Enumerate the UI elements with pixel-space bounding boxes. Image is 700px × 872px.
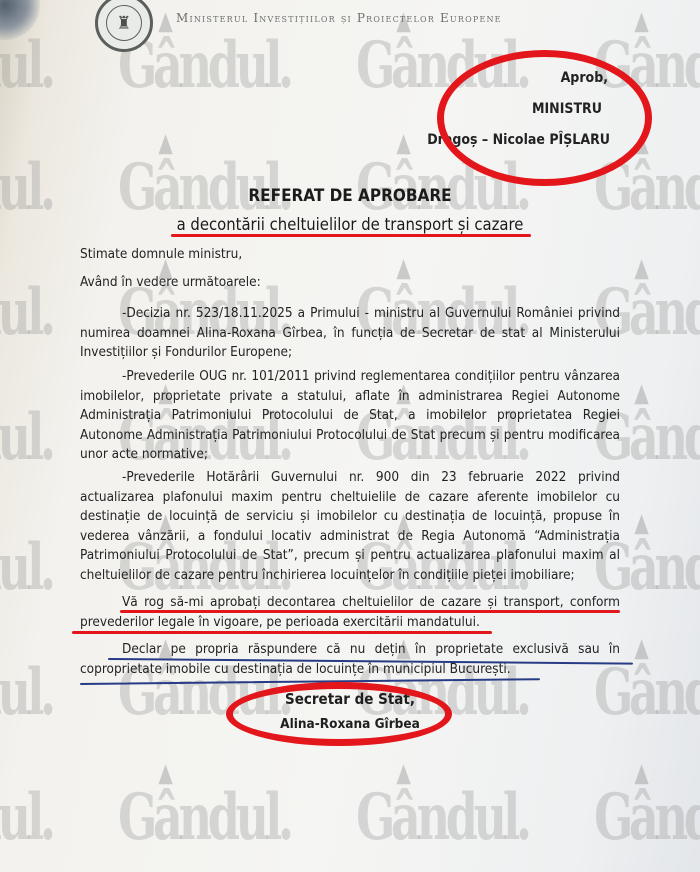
watermark-figure-icon: ▲ — [634, 378, 644, 408]
approval-role: MINISTRU — [532, 101, 602, 117]
watermark-figure-icon: ▲ — [158, 128, 168, 158]
watermark-figure-icon: ▲ — [634, 6, 644, 36]
approval-name: Dragoș – Nicolae PÎȘLARU — [427, 132, 610, 148]
paragraph-hg: -Prevederile Hotărârii Guvernului nr. 90… — [80, 468, 620, 585]
watermark-logo: Gândul.▲ — [356, 780, 507, 850]
watermark-figure-icon: ▲ — [396, 128, 406, 158]
signature-name: Alina-Roxana Gîrbea — [0, 716, 700, 732]
eagle-icon: ♜ — [106, 5, 142, 41]
watermark-logo: Gândul.▲ — [356, 150, 507, 220]
intro-text: Având în vedere următoarele: — [80, 274, 261, 290]
watermark-logo: Gândul.▲ — [0, 150, 31, 220]
government-seal-icon: ♜ — [95, 0, 153, 52]
watermark-logo: Gândul.▲ — [0, 400, 31, 470]
watermark-figure-icon: ▲ — [396, 253, 406, 283]
watermark-logo: Gândul.▲ — [594, 780, 700, 850]
red-underline-request-2 — [72, 631, 492, 634]
watermark-logo: Gândul.▲ — [118, 150, 269, 220]
watermark-logo: Gândul.▲ — [118, 780, 269, 850]
paragraph-oug: -Prevederile OUG nr. 101/2011 privind re… — [80, 367, 620, 465]
watermark-logo: Gândul.▲ — [0, 780, 31, 850]
watermark-logo: Gândul.▲ — [0, 530, 31, 600]
watermark-figure-icon: ▲ — [634, 508, 644, 538]
watermark-figure-icon: ▲ — [634, 253, 644, 283]
watermark-logo: Gândul.▲ — [356, 28, 507, 98]
document-subtitle: a decontării cheltuielilor de transport … — [0, 215, 700, 234]
signature-role: Secretar de Stat, — [0, 690, 700, 708]
red-circle-annotation-approval — [437, 50, 652, 186]
salutation: Stimate domnule ministru, — [80, 246, 242, 262]
red-underline-subtitle — [171, 234, 531, 237]
watermark-logo: Gândul.▲ — [0, 275, 31, 345]
watermark-logo: Gândul.▲ — [594, 28, 700, 98]
watermark-row: Gândul.▲Gândul.▲Gândul.▲Gândul.▲ — [0, 780, 700, 850]
approval-label: Aprob, — [561, 70, 608, 86]
document-page: Gândul.▲Gândul.▲Gândul.▲Gândul.▲Gândul.▲… — [0, 0, 700, 872]
watermark-figure-icon: ▲ — [634, 758, 644, 788]
watermark-figure-icon: ▲ — [158, 6, 168, 36]
watermark-figure-icon: ▲ — [634, 633, 644, 663]
pen-underline-declaration-2 — [80, 678, 540, 685]
photo-shadow — [0, 0, 40, 40]
red-underline-request-1 — [120, 610, 620, 613]
watermark-row: Gândul.▲Gândul.▲Gândul.▲Gândul.▲ — [0, 150, 700, 220]
watermark-figure-icon: ▲ — [158, 758, 168, 788]
watermark-figure-icon: ▲ — [634, 128, 644, 158]
watermark-figure-icon: ▲ — [396, 758, 406, 788]
paragraph-decision: -Decizia nr. 523/18.11.2025 a Primului -… — [80, 304, 620, 363]
ministry-header: Ministerul Investițiilor și Proiectelor … — [176, 11, 502, 25]
document-title: REFERAT DE APROBARE — [0, 186, 700, 206]
watermark-logo: Gândul.▲ — [594, 150, 700, 220]
